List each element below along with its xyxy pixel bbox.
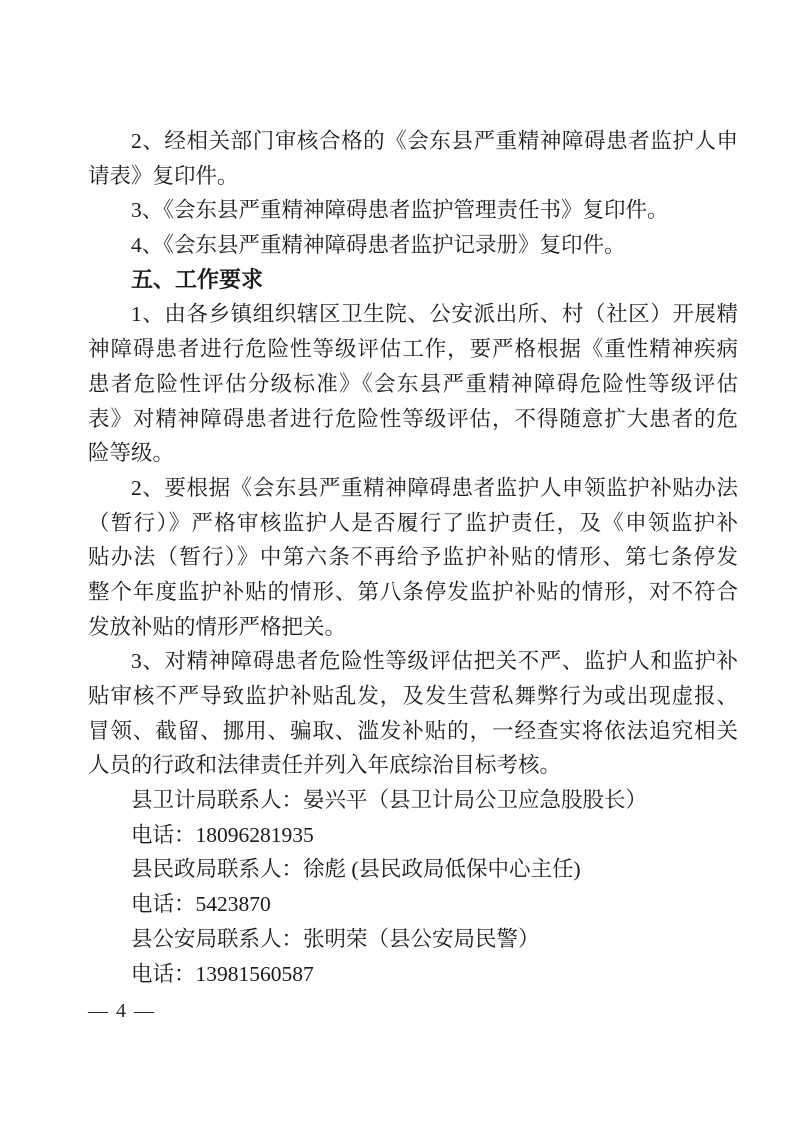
text-line: 4、《会东县严重精神障碍患者监护记录册》复印件。 bbox=[88, 228, 738, 263]
section-heading: 五、工作要求 bbox=[88, 263, 738, 298]
text-line: 3、对精神障碍患者危险性等级评估把关不严、监护人和监护补 bbox=[88, 644, 738, 679]
text-line: 2、经相关部门审核合格的《会东县严重精神障碍患者监护人申 bbox=[88, 124, 738, 159]
text-line: 人员的行政和法律责任并列入年底综治目标考核。 bbox=[88, 748, 738, 783]
text-line: （暂行）》严格审核监护人是否履行了监护责任，及《申领监护补 bbox=[88, 506, 738, 541]
text-line: 表》对精神障碍患者进行危险性等级评估，不得随意扩大患者的危 bbox=[88, 402, 738, 437]
text-line: 电话：18096281935 bbox=[88, 818, 738, 853]
text-line: 冒领、截留、挪用、骗取、滥发补贴的，一经查实将依法追究相关 bbox=[88, 714, 738, 749]
text-line: 电话：5423870 bbox=[88, 887, 738, 922]
text-line: 整个年度监护补贴的情形、第八条停发监护补贴的情形，对不符合 bbox=[88, 575, 738, 610]
text-line: 贴办法（暂行）》中第六条不再给予监护补贴的情形、第七条停发 bbox=[88, 540, 738, 575]
text-line: 县公安局联系人：张明荣（县公安局民警） bbox=[88, 922, 738, 957]
text-line: 3、《会东县严重精神障碍患者监护管理责任书》复印件。 bbox=[88, 193, 738, 228]
text-line: 2、要根据《会东县严重精神障碍患者监护人申领监护补贴办法 bbox=[88, 471, 738, 506]
text-line: 县民政局联系人：徐彪 (县民政局低保中心主任) bbox=[88, 852, 738, 887]
text-line: 1、由各乡镇组织辖区卫生院、公安派出所、村（社区）开展精 bbox=[88, 297, 738, 332]
text-line: 请表》复印件。 bbox=[88, 159, 738, 194]
text-line: 险等级。 bbox=[88, 436, 738, 471]
text-line: 患者危险性评估分级标准》《会东县严重精神障碍危险性等级评估 bbox=[88, 367, 738, 402]
text-line: 县卫计局联系人：晏兴平（县卫计局公卫应急股股长） bbox=[88, 783, 738, 818]
page-number: — 4 — bbox=[88, 996, 156, 1026]
text-line: 贴审核不严导致监护补贴乱发，及发生营私舞弊行为或出现虚报、 bbox=[88, 679, 738, 714]
document-body: 2、经相关部门审核合格的《会东县严重精神障碍患者监护人申请表》复印件。3、《会东… bbox=[88, 124, 738, 991]
document-page: 2、经相关部门审核合格的《会东县严重精神障碍患者监护人申请表》复印件。3、《会东… bbox=[0, 0, 793, 1122]
text-line: 发放补贴的情形严格把关。 bbox=[88, 610, 738, 645]
text-line: 神障碍患者进行危险性等级评估工作，要严格根据《重性精神疾病 bbox=[88, 332, 738, 367]
text-line: 电话：13981560587 bbox=[88, 957, 738, 992]
